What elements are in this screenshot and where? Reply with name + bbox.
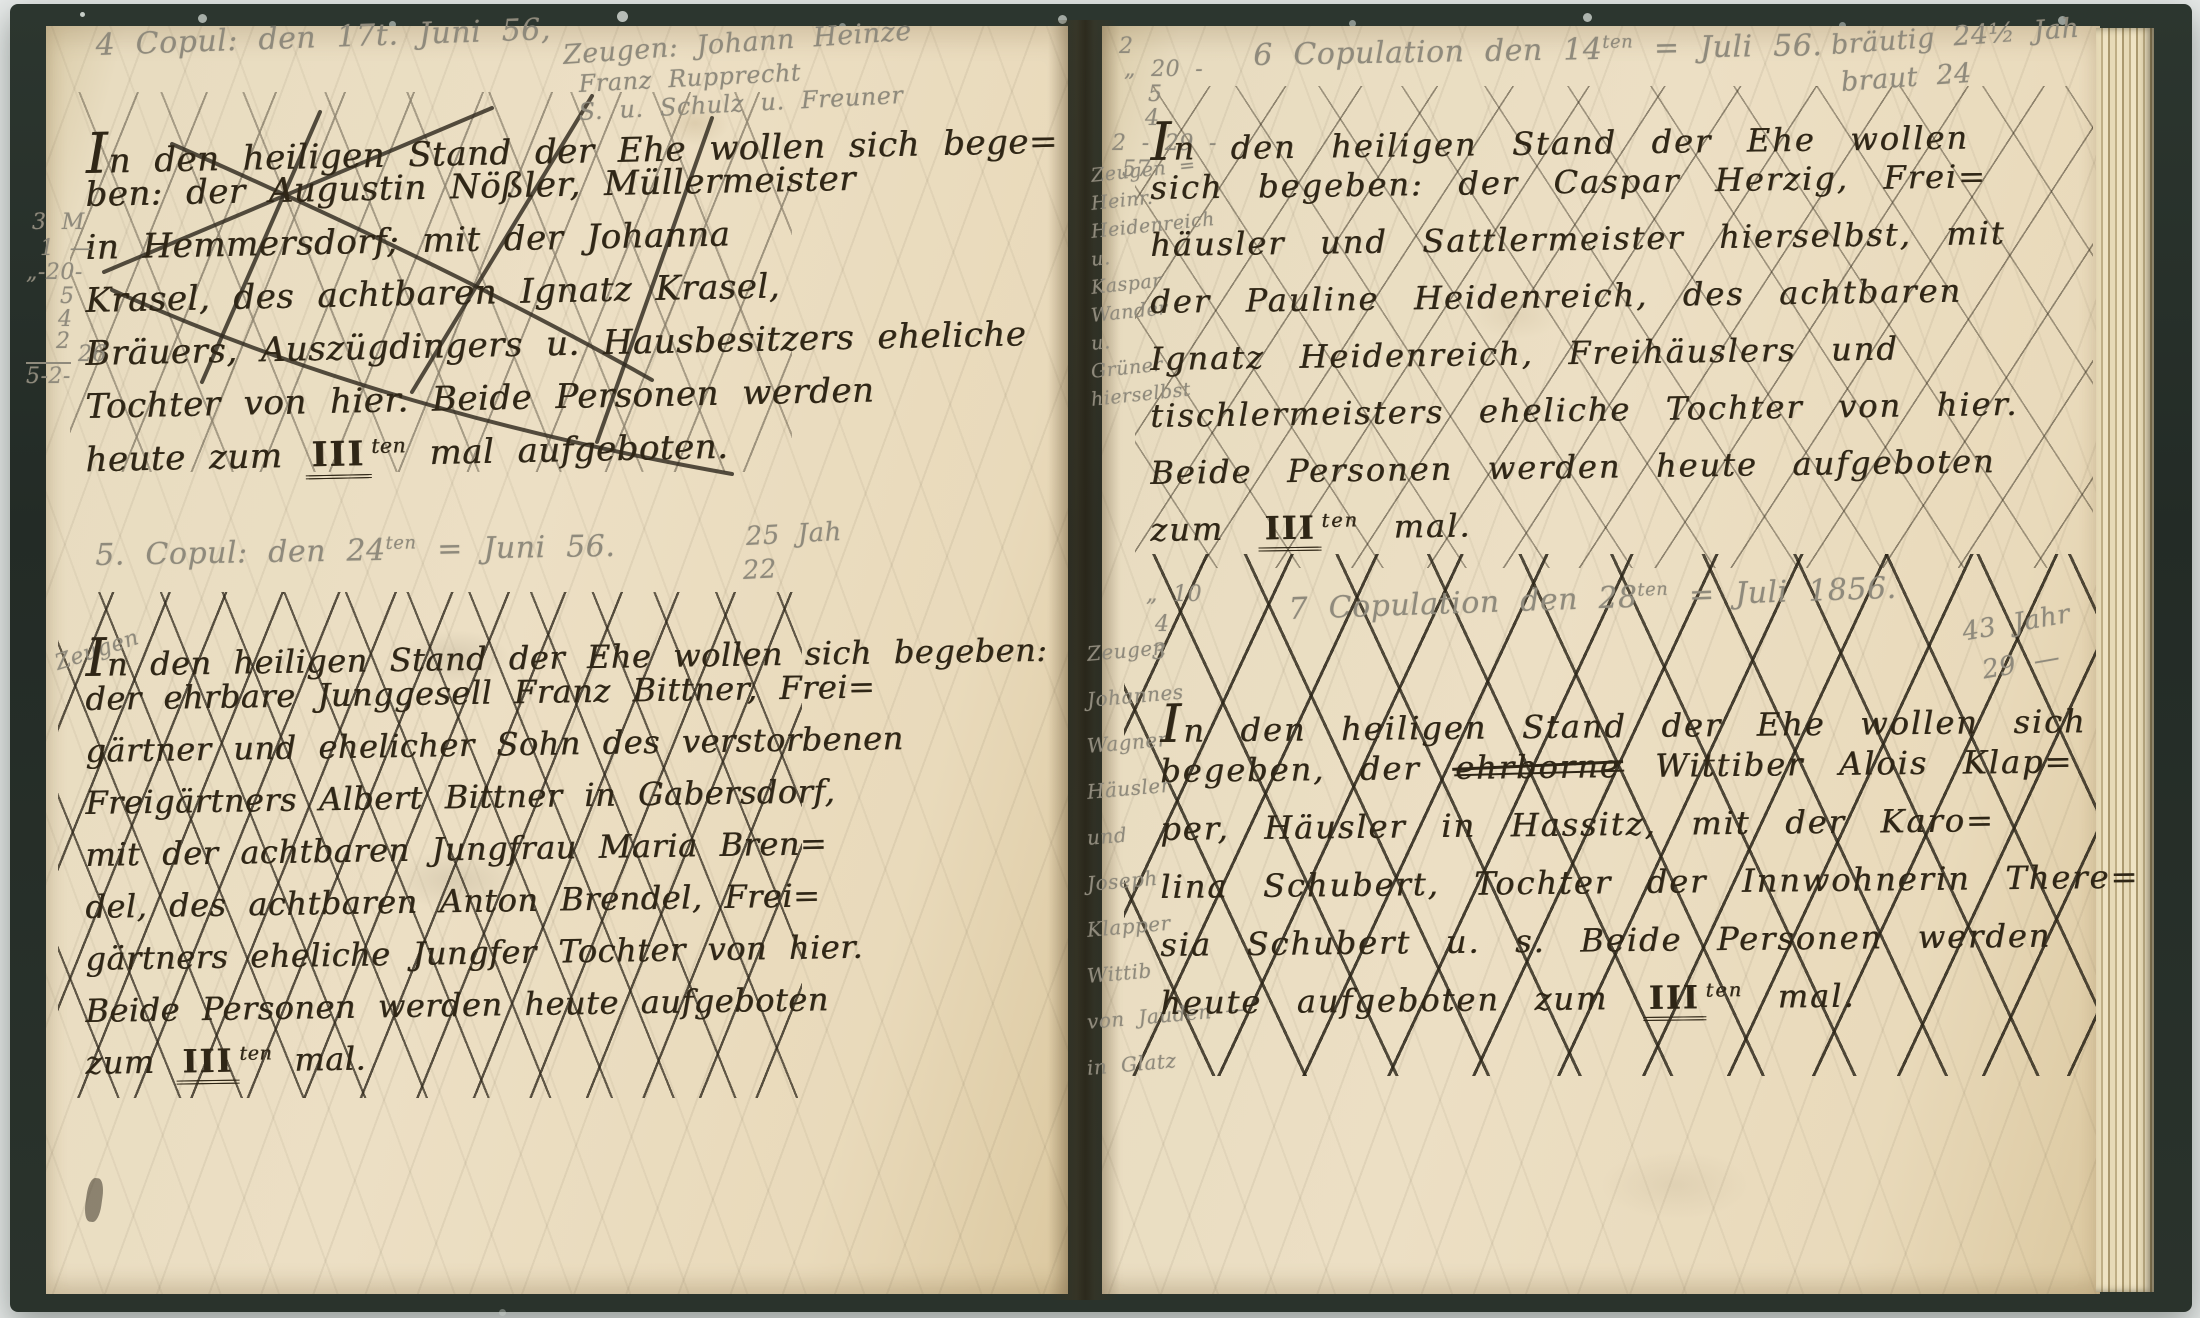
- register-scan: 4 Copul: den 17t. Juni 56,Zeugen: Johann…: [0, 0, 2200, 1318]
- left-margin-note-1: 1 —: [40, 236, 92, 261]
- left-margin-note-3: 5: [60, 284, 75, 309]
- right-margin-calc-1: „ 20 -: [1124, 57, 1203, 82]
- right-margin-calc-0: 2: [1119, 34, 1134, 59]
- page-edge-stack: [2096, 28, 2154, 1292]
- entry5-line-8: zum IIIten mal.: [85, 1040, 366, 1082]
- entry7-line-5: heute aufgeboten zum IIIten mal.: [1160, 977, 1856, 1022]
- entry5-age-note-1: 22: [742, 554, 778, 586]
- left-margin-note-0: 3 M: [32, 210, 85, 235]
- entry6-margin-witness-6: u.: [1090, 331, 1111, 355]
- left-margin-note-7: 5-2-: [26, 362, 71, 389]
- left-margin-note-2: „-20-: [26, 260, 83, 285]
- entry6-margin-witness-3: u.: [1090, 247, 1111, 271]
- entry7-margin-witness-4: und: [1086, 823, 1128, 850]
- cover-wear-specks: [80, 12, 85, 17]
- entry5-age-note-0: 25 Jah: [745, 517, 843, 552]
- right-margin-calc-2: 5: [1148, 82, 1163, 107]
- entry6-line-7: zum IIIten mal.: [1150, 507, 1472, 549]
- left-margin-note-5: 2: [56, 329, 71, 354]
- entry7-margin-number-1: 4: [1155, 612, 1170, 637]
- entry7-margin-number-0: „ 10: [1146, 582, 1202, 607]
- left-margin-note-6: 26: [78, 342, 107, 367]
